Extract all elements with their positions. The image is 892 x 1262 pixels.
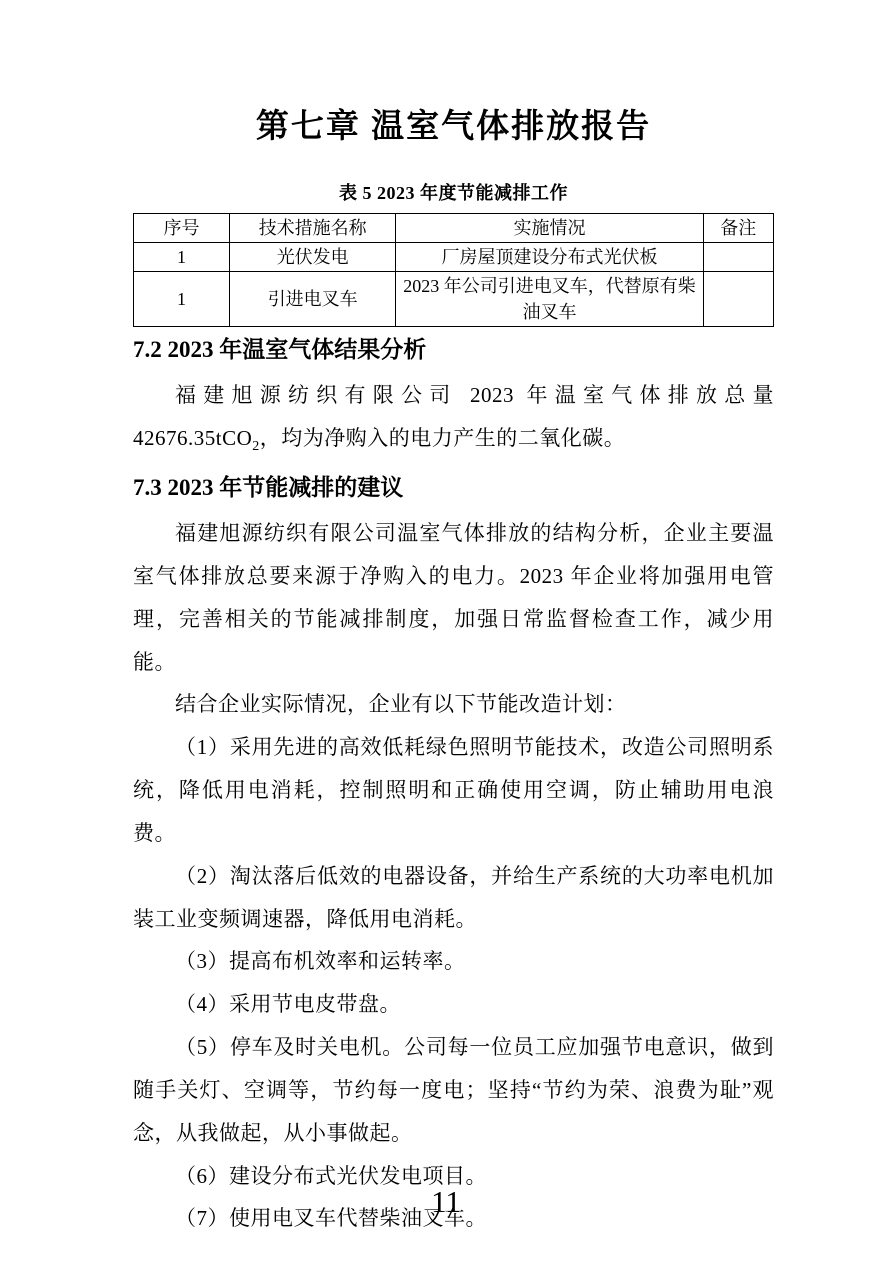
table-header-row: 序号 技术措施名称 实施情况 备注 xyxy=(134,214,774,243)
table-cell: 2023 年公司引进电叉车，代替原有柴油叉车 xyxy=(396,272,703,327)
page-number: 11 xyxy=(0,1184,892,1220)
table-cell: 引进电叉车 xyxy=(230,272,396,327)
header-cell-index: 序号 xyxy=(134,214,230,243)
table-cell: 光伏发电 xyxy=(230,243,396,272)
table-row: 1 引进电叉车 2023 年公司引进电叉车，代替原有柴油叉车 xyxy=(134,272,774,327)
table-row: 1 光伏发电 厂房屋顶建设分布式光伏板 xyxy=(134,243,774,272)
table-cell: 厂房屋顶建设分布式光伏板 xyxy=(396,243,703,272)
table-cell: 1 xyxy=(134,243,230,272)
document-page: 第七章 温室气体排放报告 表 5 2023 年度节能减排工作 序号 技术措施名称… xyxy=(0,0,892,1262)
plan-item: （5）停车及时关电机。公司每一位员工应加强节电意识，做到随手关灯、空调等，节约每… xyxy=(133,1026,774,1154)
section-7-2-heading: 7.2 2023 年温室气体结果分析 xyxy=(133,334,774,365)
section-7-3-paragraph: 福建旭源纺织有限公司温室气体排放的结构分析，企业主要温室气体排放总要来源于净购入… xyxy=(133,512,774,683)
plan-item: （1）采用先进的高效低耗绿色照明节能技术，改造公司照明系统，降低用电消耗，控制照… xyxy=(133,726,774,854)
co2-subscript: 2 xyxy=(252,439,260,454)
plan-item: （4）采用节电皮带盘。 xyxy=(133,983,774,1026)
header-cell-remark: 备注 xyxy=(703,214,773,243)
header-cell-measure-name: 技术措施名称 xyxy=(230,214,396,243)
table-cell xyxy=(703,272,773,327)
plan-item: （3）提高布机效率和运转率。 xyxy=(133,940,774,983)
header-cell-implementation: 实施情况 xyxy=(396,214,703,243)
section-7-2-paragraph: 福建旭源纺织有限公司 2023 年温室气体排放总量 42676.35tCO2，均… xyxy=(133,374,774,460)
table-caption: 表 5 2023 年度节能减排工作 xyxy=(133,179,774,205)
energy-saving-measures-table: 序号 技术措施名称 实施情况 备注 1 光伏发电 厂房屋顶建设分布式光伏板 1 … xyxy=(133,213,774,327)
table-cell: 1 xyxy=(134,272,230,327)
plan-item: （2）淘汰落后低效的电器设备，并给生产系统的大功率电机加装工业变频调速器，降低用… xyxy=(133,855,774,941)
section-7-3-heading: 7.3 2023 年节能减排的建议 xyxy=(133,472,774,503)
emissions-source-text: ，均为净购入的电力产生的二氧化碳。 xyxy=(260,426,626,450)
table-cell xyxy=(703,243,773,272)
chapter-title: 第七章 温室气体排放报告 xyxy=(133,100,774,147)
plan-intro-paragraph: 结合企业实际情况，企业有以下节能改造计划： xyxy=(133,683,774,726)
